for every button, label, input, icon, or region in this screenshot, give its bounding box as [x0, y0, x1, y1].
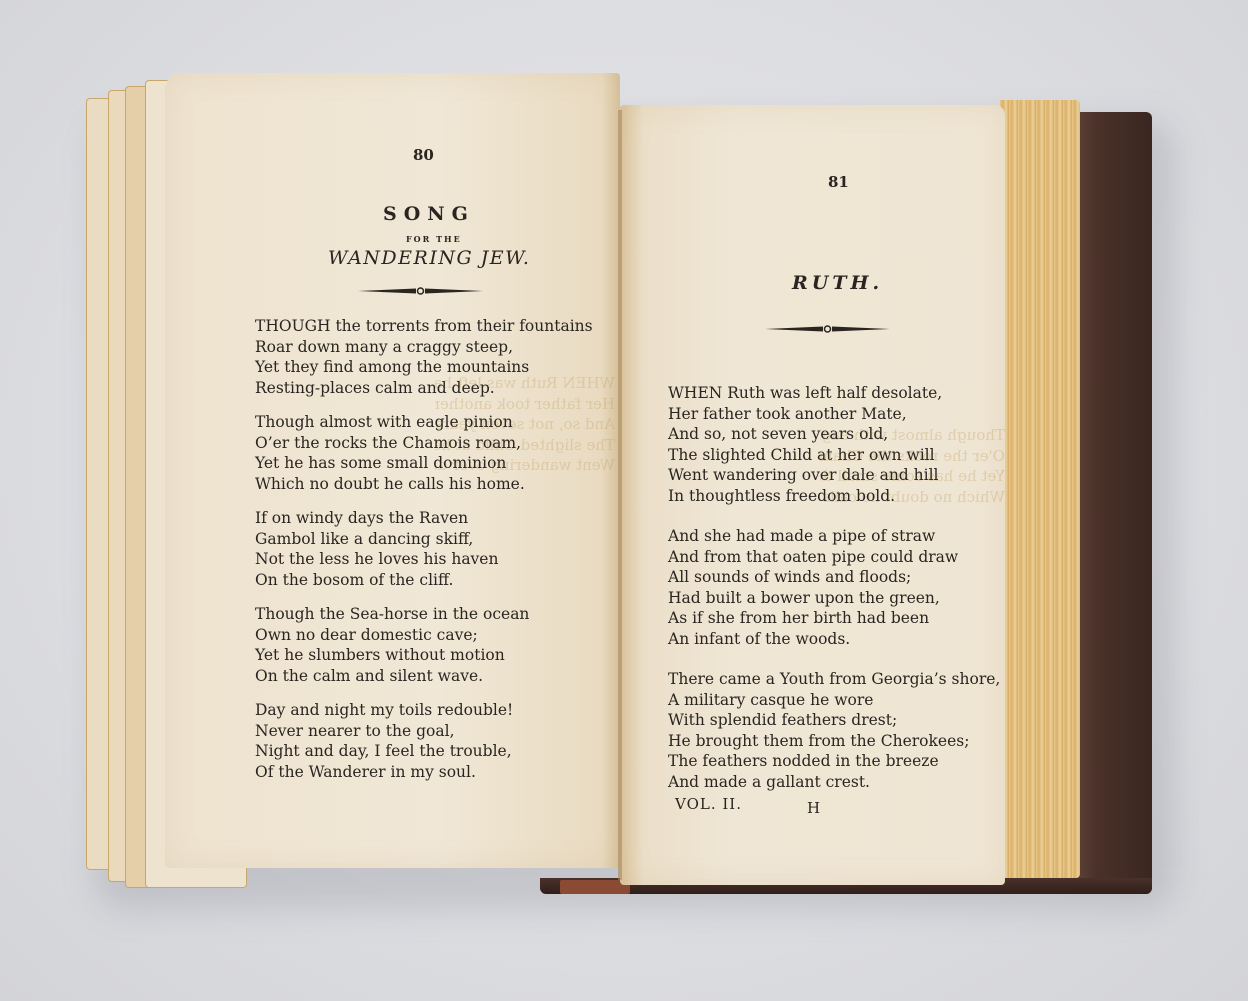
poem-title: RUTH. — [792, 272, 883, 294]
poem-title: WANDERING JEW. — [328, 247, 530, 269]
verse-line: And from that oaten pipe could draw — [668, 547, 1000, 568]
verse-line: In thoughtless freedom bold. — [668, 486, 1000, 507]
verse-line: The slighted Child at her own will — [668, 445, 1000, 466]
verse-line: With splendid feathers drest; — [668, 710, 1000, 731]
verse-line: Which no doubt he calls his home. — [255, 474, 593, 495]
stanza: Though almost with eagle pinion O’er the… — [255, 412, 593, 494]
verse-line: Yet they find among the mountains — [255, 357, 593, 378]
verse-line: On the calm and silent wave. — [255, 666, 593, 687]
stanza: WHEN Ruth was left half desolate, Her fa… — [668, 383, 1000, 506]
poem-body: THOUGH the torrents from their fountains… — [255, 316, 593, 796]
verse-line: On the bosom of the cliff. — [255, 570, 593, 591]
verse-line: Night and day, I feel the trouble, — [255, 741, 593, 762]
verse-line: Though the Sea-horse in the ocean — [255, 604, 593, 625]
verse-line: Yet he has some small dominion — [255, 453, 593, 474]
verse-line: Yet he slumbers without motion — [255, 645, 593, 666]
left-page: WHEN Ruth was left halfHer father took a… — [165, 73, 620, 868]
verse-line: WHEN Ruth was left half desolate, — [668, 383, 1000, 404]
verse-line: An infant of the woods. — [668, 629, 1000, 650]
verse-line: Went wandering over dale and hill — [668, 465, 1000, 486]
verse-line: And she had made a pipe of straw — [668, 526, 1000, 547]
right-page: Though almost with eagleO'er the rocks t… — [620, 105, 1005, 885]
poem-subheading: FOR THE — [406, 234, 462, 244]
stanza: Though the Sea-horse in the ocean Own no… — [255, 604, 593, 686]
verse-line: Though almost with eagle pinion — [255, 412, 593, 433]
verse-line: Had built a bower upon the green, — [668, 588, 1000, 609]
verse-line: THOUGH the torrents from their fountains — [255, 316, 593, 337]
divider-ornament — [765, 323, 890, 335]
verse-line: Roar down many a craggy steep, — [255, 337, 593, 358]
stanza: If on windy days the Raven Gambol like a… — [255, 508, 593, 590]
verse-line: Her father took another Mate, — [668, 404, 1000, 425]
verse-line: Gambol like a dancing skiff, — [255, 529, 593, 550]
verse-line: Of the Wanderer in my soul. — [255, 762, 593, 783]
verse-line: As if she from her birth had been — [668, 608, 1000, 629]
page-number: 80 — [413, 146, 434, 164]
divider-ornament — [358, 285, 483, 297]
book-gutter — [618, 110, 622, 880]
poem-body: WHEN Ruth was left half desolate, Her fa… — [668, 383, 1000, 806]
stanza: THOUGH the torrents from their fountains… — [255, 316, 593, 398]
stanza: Day and night my toils redouble! Never n… — [255, 700, 593, 782]
stanza: And she had made a pipe of straw And fro… — [668, 526, 1000, 649]
verse-line: Day and night my toils redouble! — [255, 700, 593, 721]
poem-heading: SONG — [383, 203, 475, 225]
verse-line: A military casque he wore — [668, 690, 1000, 711]
verse-line: O’er the rocks the Chamois roam, — [255, 433, 593, 454]
verse-line: He brought them from the Cherokees; — [668, 731, 1000, 752]
verse-line: And so, not seven years old, — [668, 424, 1000, 445]
verse-line: Own no dear domestic cave; — [255, 625, 593, 646]
verse-line: There came a Youth from Georgia’s shore, — [668, 669, 1000, 690]
volume-footer: VOL. II. — [675, 795, 742, 813]
verse-line: The feathers nodded in the breeze — [668, 751, 1000, 772]
gilt-page-edge-right — [1000, 100, 1080, 878]
stanza: There came a Youth from Georgia’s shore,… — [668, 669, 1000, 792]
verse-line: If on windy days the Raven — [255, 508, 593, 529]
verse-line: All sounds of winds and floods; — [668, 567, 1000, 588]
verse-line: Not the less he loves his haven — [255, 549, 593, 570]
verse-line: Resting-places calm and deep. — [255, 378, 593, 399]
verse-line: Never nearer to the goal, — [255, 721, 593, 742]
verse-line: And made a gallant crest. — [668, 772, 1000, 793]
page-number: 81 — [828, 173, 849, 191]
signature-mark: H — [807, 799, 821, 817]
